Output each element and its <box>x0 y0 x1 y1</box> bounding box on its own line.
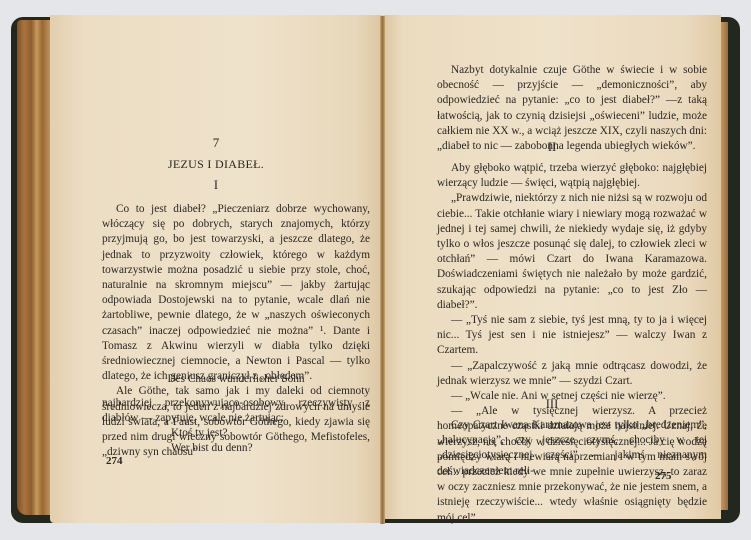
paragraph: „Prawdziwie, niektórzy z nich nie niżsi … <box>437 191 707 313</box>
chapter-title: JEZUS I DIABEŁ. <box>50 157 382 172</box>
page-number-left: 274 <box>106 455 123 467</box>
left-page-continuation: najbardziej przekonywująco-osobowy, rzec… <box>102 396 370 426</box>
paragraph: najbardziej przekonywująco-osobowy, rzec… <box>102 396 370 426</box>
section-heading-1: I <box>50 178 382 193</box>
verse-line: Ktoś ty jest? <box>171 426 331 441</box>
paragraph: Aby głęboko wątpić, trzeba wierzyć głębo… <box>437 161 707 191</box>
verse-line: Wer bist du denn? <box>171 441 331 456</box>
page-number-right: 275 <box>655 470 672 482</box>
paragraph: Co to jest diabeł? „Pieczeniarz dobrze w… <box>102 202 370 384</box>
section-heading-3: III <box>383 397 721 412</box>
book-gutter <box>380 16 385 524</box>
page-edges-left <box>17 20 53 515</box>
chapter-number: 7 <box>50 135 382 151</box>
section-heading-2: II <box>383 140 721 155</box>
german-quote: Des Chaos wunderlicher Sohn <box>102 372 370 387</box>
paragraph: — „Tyś nie sam z siebie, tyś jest mną, t… <box>437 313 707 359</box>
paragraph: — „Zapalczywość z jaką mnie odtrącasz do… <box>437 359 707 389</box>
verse: Ktoś ty jest? Wer bist du denn? <box>171 426 331 456</box>
